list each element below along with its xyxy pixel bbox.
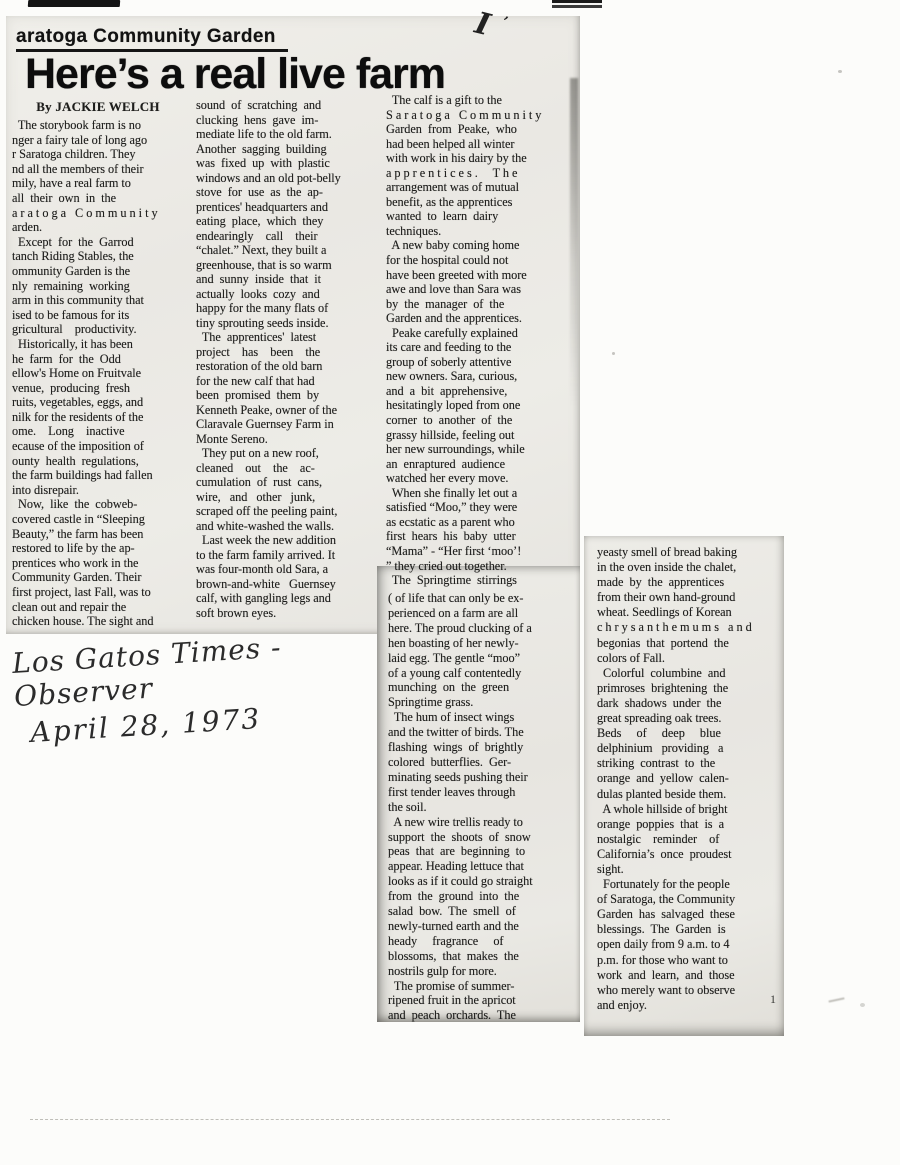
text-line: was four-month old Sara, a bbox=[196, 562, 377, 577]
text-line: orange poppies that is a bbox=[597, 817, 779, 832]
text-line: from the ground into the bbox=[388, 889, 574, 904]
text-line: and a bit apprehensive, bbox=[386, 384, 570, 399]
text-line: dulas planted beside them. bbox=[597, 787, 779, 802]
text-line: A new wire trellis ready to bbox=[388, 815, 574, 830]
scan-speck bbox=[838, 70, 842, 73]
text-line: orange and yellow calen- bbox=[597, 771, 779, 786]
scan-crease-line bbox=[30, 1119, 670, 1120]
text-line: in the oven inside the chalet, bbox=[597, 560, 779, 575]
text-line: ounty health regulations, bbox=[12, 454, 184, 469]
text-line: happy for the many flats of bbox=[196, 301, 377, 316]
text-line: for the new calf that had bbox=[196, 374, 377, 389]
text-line: The calf is a gift to the bbox=[386, 93, 570, 108]
text-line: greenhouse, that is so warm bbox=[196, 258, 377, 273]
text-line: had been helped all winter bbox=[386, 137, 570, 152]
text-line: eating place, which they bbox=[196, 214, 377, 229]
text-line: mediate life to the old farm. bbox=[196, 127, 377, 142]
text-line: nd all the members of their bbox=[12, 162, 184, 177]
text-line: as ecstatic as a parent who bbox=[386, 515, 570, 530]
text-line: first project, last Fall, was to bbox=[12, 585, 184, 600]
text-line: and white-washed the walls. bbox=[196, 519, 377, 534]
text-line: brown-and-white Guernsey bbox=[196, 577, 377, 592]
text-line: the soil. bbox=[388, 800, 574, 815]
text-line: great spreading oak trees. bbox=[597, 711, 779, 726]
scan-speck bbox=[612, 352, 615, 355]
text-line: new owners. Sara, curious, bbox=[386, 369, 570, 384]
scan-mark-top-left-bar bbox=[28, 0, 120, 7]
text-line: heady fragrance of bbox=[388, 934, 574, 949]
text-line: and peach orchards. The bbox=[388, 1008, 574, 1023]
text-line: support the shoots of snow bbox=[388, 830, 574, 845]
text-line: The Springtime stirrings bbox=[386, 573, 570, 588]
text-line: awe and love than Sara was bbox=[386, 282, 570, 297]
text-line: colors of Fall. bbox=[597, 651, 779, 666]
text-line: stove for use as the ap- bbox=[196, 185, 377, 200]
text-line: looks as if it could go straight bbox=[388, 874, 574, 889]
text-line: ( of life that can only be ex- bbox=[388, 591, 574, 606]
text-line: delphinium providing a bbox=[597, 741, 779, 756]
text-line: prentices' headquarters and bbox=[196, 200, 377, 215]
text-line: r Saratoga children. They bbox=[12, 147, 184, 162]
text-line: who merely want to observe bbox=[597, 983, 779, 998]
text-line: first tender leaves through bbox=[388, 785, 574, 800]
text-line: all their own in the bbox=[12, 191, 184, 206]
text-line: gricultural productivity. bbox=[12, 322, 184, 337]
column-5-lines: yeasty smell of bread bakingin the oven … bbox=[597, 545, 779, 1013]
text-line: blessings. The Garden is bbox=[597, 922, 779, 937]
text-line: Now, like the cobweb- bbox=[12, 497, 184, 512]
text-line: endearingly call their bbox=[196, 229, 377, 244]
text-line: minating seeds pushing their bbox=[388, 770, 574, 785]
text-line: California’s once proudest bbox=[597, 847, 779, 862]
byline: By JACKIE WELCH bbox=[12, 99, 184, 115]
text-line: venue, producing fresh bbox=[12, 381, 184, 396]
text-line: Historically, it has been bbox=[12, 337, 184, 352]
text-line: They put on a new roof, bbox=[196, 446, 377, 461]
text-line: wire, and other junk, bbox=[196, 490, 377, 505]
text-line: into disrepair. bbox=[12, 483, 184, 498]
text-line: Last week the new addition bbox=[196, 533, 377, 548]
section-kicker: aratoga Community Garden bbox=[16, 26, 276, 48]
text-line: soft brown eyes. bbox=[196, 606, 377, 621]
text-line: covered castle in “Sleeping bbox=[12, 512, 184, 527]
text-line: and the twitter of birds. The bbox=[388, 725, 574, 740]
text-line: for the hospital could not bbox=[386, 253, 570, 268]
text-line: hesitatingly loped from one bbox=[386, 398, 570, 413]
handwritten-source-note: Los Gatos Times - Observer April 28, 197… bbox=[11, 625, 377, 750]
column-2-lines: sound of scratching andclucking hens gav… bbox=[196, 98, 377, 620]
article-column-2: sound of scratching andclucking hens gav… bbox=[196, 98, 377, 620]
text-line: chicken house. The sight and bbox=[12, 614, 184, 629]
text-line: Garden has salvaged these bbox=[597, 907, 779, 922]
article-column-3: The calf is a gift to theS a r a t o g a… bbox=[386, 93, 570, 588]
text-line: of Saratoga, the Community bbox=[597, 892, 779, 907]
text-line: and sunny inside that it bbox=[196, 272, 377, 287]
text-line: Garden from Peake, who bbox=[386, 122, 570, 137]
text-line: nilk for the residents of the bbox=[12, 410, 184, 425]
text-line: an enraptured audience bbox=[386, 457, 570, 472]
text-line: techniques. bbox=[386, 224, 570, 239]
text-line: with work in his dairy by the bbox=[386, 151, 570, 166]
column-3-lines: The calf is a gift to theS a r a t o g a… bbox=[386, 93, 570, 588]
text-line: tanch Riding Stables, the bbox=[12, 249, 184, 264]
text-line: salad bow. The smell of bbox=[388, 904, 574, 919]
article-column-1: By JACKIE WELCH The storybook farm is no… bbox=[12, 99, 184, 629]
text-line: and enjoy. bbox=[597, 998, 779, 1013]
text-line: ripened fruit in the apricot bbox=[388, 993, 574, 1008]
text-line: a r a t o g a C o m m u n i t y bbox=[12, 206, 184, 221]
text-line: ruits, vegetables, eggs, and bbox=[12, 395, 184, 410]
text-line: dark shadows under the bbox=[597, 696, 779, 711]
text-line: Beds of deep blue bbox=[597, 726, 779, 741]
text-line: Monte Sereno. bbox=[196, 432, 377, 447]
text-line: A whole hillside of bright bbox=[597, 802, 779, 817]
text-line: blossoms, that makes the bbox=[388, 949, 574, 964]
text-line: Fortunately for the people bbox=[597, 877, 779, 892]
article-column-4: ( of life that can only be ex-perienced … bbox=[388, 591, 574, 1023]
text-line: scraped off the peeling paint, bbox=[196, 504, 377, 519]
text-line: peas that are beginning to bbox=[388, 844, 574, 859]
text-line: Except for the Garrod bbox=[12, 235, 184, 250]
text-line: to the farm family arrived. It bbox=[196, 548, 377, 563]
article-column-5: yeasty smell of bread bakingin the oven … bbox=[597, 545, 779, 1013]
text-line: Springtime grass. bbox=[388, 695, 574, 710]
text-line: newly-turned earth and the bbox=[388, 919, 574, 934]
text-line: colored butterflies. Ger- bbox=[388, 755, 574, 770]
text-line: Claravale Guernsey Farm in bbox=[196, 417, 377, 432]
text-line: first hears his baby utter bbox=[386, 529, 570, 544]
text-line: ” they cried out together. bbox=[386, 559, 570, 574]
text-line: project has been the bbox=[196, 345, 377, 360]
text-line: cumulation of rust cans, bbox=[196, 475, 377, 490]
scan-smudge bbox=[827, 992, 844, 1002]
text-line: perienced on a farm are all bbox=[388, 606, 574, 621]
column-1-lines: The storybook farm is nonger a fairy tal… bbox=[12, 118, 184, 629]
text-line: have been greeted with more bbox=[386, 268, 570, 283]
text-line: calf, with gangling legs and bbox=[196, 591, 377, 606]
text-line: S a r a t o g a C o m m u n i t y bbox=[386, 108, 570, 123]
text-line: Kenneth Peake, owner of the bbox=[196, 403, 377, 418]
scan-speck bbox=[860, 1003, 865, 1007]
text-line: flashing wings of brightly bbox=[388, 740, 574, 755]
text-line: When she finally let out a bbox=[386, 486, 570, 501]
text-line: grassy hillside, feeling out bbox=[386, 428, 570, 443]
text-line: nostalgic reminder of bbox=[597, 832, 779, 847]
text-line: ellow's Home on Fruitvale bbox=[12, 366, 184, 381]
text-line: watched her every move. bbox=[386, 471, 570, 486]
text-line: Another sagging building bbox=[196, 142, 377, 157]
text-line: sight. bbox=[597, 862, 779, 877]
text-line: ecause of the imposition of bbox=[12, 439, 184, 454]
text-line: p.m. for those who want to bbox=[597, 953, 779, 968]
headline: Here’s a real live farm bbox=[25, 50, 445, 99]
text-line: prentices who work in the bbox=[12, 556, 184, 571]
margin-mark-dot: ’ bbox=[501, 14, 510, 31]
text-line: A new baby coming home bbox=[386, 238, 570, 253]
text-line: sound of scratching and bbox=[196, 98, 377, 113]
text-line: her new surroundings, while bbox=[386, 442, 570, 457]
text-line: primroses brightening the bbox=[597, 681, 779, 696]
text-line: Colorful columbine and bbox=[597, 666, 779, 681]
text-line: a p p r e n t i c e s . T h e bbox=[386, 166, 570, 181]
text-line: Peake carefully explained bbox=[386, 326, 570, 341]
text-line: clean out and repair the bbox=[12, 600, 184, 615]
text-line: wheat. Seedlings of Korean bbox=[597, 605, 779, 620]
text-line: nger a fairy tale of long ago bbox=[12, 133, 184, 148]
text-line: work and learn, and those bbox=[597, 968, 779, 983]
margin-mark-glyph: I bbox=[471, 6, 493, 43]
text-line: been promised them by bbox=[196, 388, 377, 403]
text-line: “chalet.” Next, they built a bbox=[196, 243, 377, 258]
text-line: munching on the green bbox=[388, 680, 574, 695]
text-line: its care and feeding to the bbox=[386, 340, 570, 355]
column-4-lines: ( of life that can only be ex-perienced … bbox=[388, 591, 574, 1023]
text-line: arden. bbox=[12, 220, 184, 235]
text-line: the farm buildings had fallen bbox=[12, 468, 184, 483]
text-line: ommunity Garden is the bbox=[12, 264, 184, 279]
text-line: begonias that portend the bbox=[597, 636, 779, 651]
text-line: nostrils gulp for more. bbox=[388, 964, 574, 979]
text-line: ome. Long inactive bbox=[12, 424, 184, 439]
text-line: hen boasting of her newly- bbox=[388, 636, 574, 651]
text-line: restored to life by the ap- bbox=[12, 541, 184, 556]
text-line: arm in this community that bbox=[12, 293, 184, 308]
text-line: he farm for the Odd bbox=[12, 352, 184, 367]
text-line: wanted to learn dairy bbox=[386, 209, 570, 224]
text-line: The storybook farm is no bbox=[12, 118, 184, 133]
text-line: actually looks cozy and bbox=[196, 287, 377, 302]
text-line: restoration of the old barn bbox=[196, 359, 377, 374]
text-line: striking contrast to the bbox=[597, 756, 779, 771]
text-line: ised to be famous for its bbox=[12, 308, 184, 323]
text-line: c h r y s a n t h e m u m s a n d bbox=[597, 620, 779, 635]
text-line: Community Garden. Their bbox=[12, 570, 184, 585]
text-line: The hum of insect wings bbox=[388, 710, 574, 725]
text-line: of a young calf contentedly bbox=[388, 666, 574, 681]
text-line: made by the apprentices bbox=[597, 575, 779, 590]
text-line: benefit, as the apprentices bbox=[386, 195, 570, 210]
page-number-mark: 1 bbox=[770, 992, 776, 1007]
text-line: here. The proud clucking of a bbox=[388, 621, 574, 636]
text-line: by the manager of the bbox=[386, 297, 570, 312]
text-line: The promise of summer- bbox=[388, 979, 574, 994]
text-line: “Mama” - “Her first ‘moo’! bbox=[386, 544, 570, 559]
text-line: group of soberly attentive bbox=[386, 355, 570, 370]
scan-shadow-edge bbox=[570, 78, 578, 408]
text-line: from their own hand-ground bbox=[597, 590, 779, 605]
text-line: satisfied “Moo,” they were bbox=[386, 500, 570, 515]
text-line: appear. Heading lettuce that bbox=[388, 859, 574, 874]
text-line: arrangement was of mutual bbox=[386, 180, 570, 195]
text-line: Garden and the apprentices. bbox=[386, 311, 570, 326]
text-line: mily, have a real farm to bbox=[12, 176, 184, 191]
text-line: corner to another of the bbox=[386, 413, 570, 428]
text-line: windows and an old pot-belly bbox=[196, 171, 377, 186]
text-line: tiny sprouting seeds inside. bbox=[196, 316, 377, 331]
scan-mark-top-right-bar bbox=[552, 0, 602, 8]
text-line: was fixed up with plastic bbox=[196, 156, 377, 171]
text-line: yeasty smell of bread baking bbox=[597, 545, 779, 560]
text-line: nly remaining working bbox=[12, 279, 184, 294]
text-line: laid egg. The gentle “moo” bbox=[388, 651, 574, 666]
text-line: The apprentices' latest bbox=[196, 330, 377, 345]
text-line: open daily from 9 a.m. to 4 bbox=[597, 937, 779, 952]
text-line: cleaned out the ac- bbox=[196, 461, 377, 476]
text-line: Beauty,” the farm has been bbox=[12, 527, 184, 542]
text-line: clucking hens gave im- bbox=[196, 113, 377, 128]
